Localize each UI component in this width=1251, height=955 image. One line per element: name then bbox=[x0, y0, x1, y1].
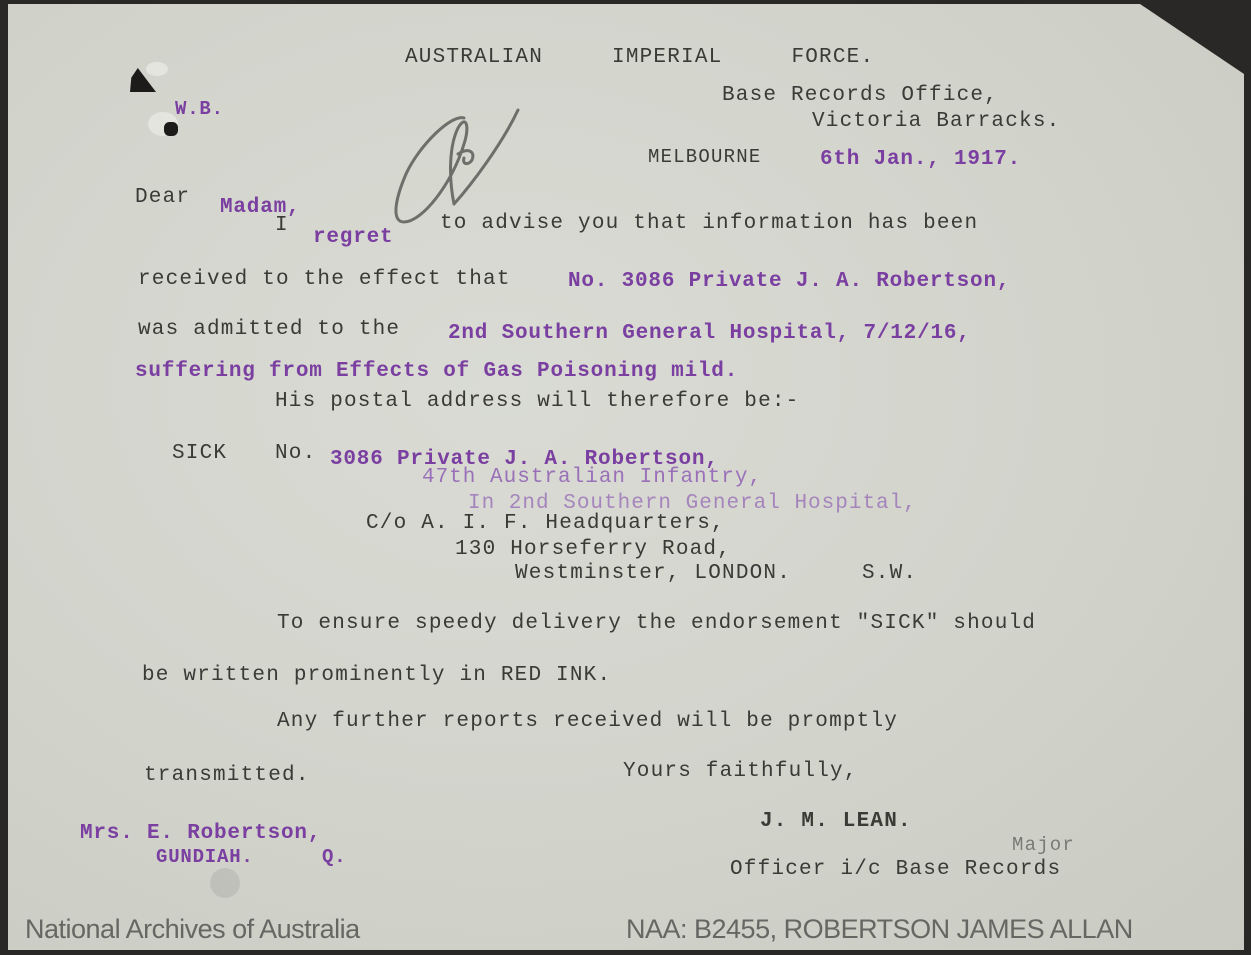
address-no-label: No. bbox=[275, 442, 316, 465]
closing-signatory: J. M. LEAN. bbox=[760, 810, 912, 833]
address-street: 130 Horseferry Road, bbox=[455, 538, 731, 561]
body-line4-insert: suffering from Effects of Gas Poisoning … bbox=[135, 360, 738, 383]
body-line1-start: I bbox=[275, 214, 289, 237]
letterhead-organisation: AUSTRALIAN IMPERIAL FORCE. bbox=[405, 46, 874, 69]
address-endorsement: SICK bbox=[172, 442, 227, 465]
address-district: S.W. bbox=[862, 562, 917, 585]
address-city: Westminster, LONDON. bbox=[515, 562, 791, 585]
instruction-line4: transmitted. bbox=[144, 764, 310, 787]
instruction-line2: be written prominently in RED INK. bbox=[142, 664, 611, 687]
salutation-dear: Dear bbox=[135, 186, 190, 209]
closing-valediction: Yours faithfully, bbox=[623, 760, 858, 783]
body-line2-insert: No. 3086 Private J. A. Robertson, bbox=[568, 270, 1010, 293]
recipient-town: GUNDIAH. bbox=[156, 846, 254, 868]
instruction-line1: To ensure speedy delivery the endorsemen… bbox=[277, 612, 1036, 635]
punch-hole bbox=[164, 122, 178, 136]
body-line3-insert: 2nd Southern General Hospital, 7/12/16, bbox=[448, 322, 971, 345]
letter-date: 6th Jan., 1917. bbox=[820, 148, 1021, 171]
instruction-line3: Any further reports received will be pro… bbox=[277, 710, 898, 733]
address-unit: 47th Australian Infantry, bbox=[422, 466, 762, 489]
letterhead-barracks: Victoria Barracks. bbox=[812, 110, 1060, 133]
closing-rank: Major bbox=[1012, 834, 1075, 856]
body-line3-start: was admitted to the bbox=[138, 318, 400, 341]
recipient-name: Mrs. E. Robertson, bbox=[80, 822, 321, 845]
archive-citation: NAA: B2455, ROBERTSON JAMES ALLAN bbox=[626, 914, 1133, 945]
recipient-state: Q. bbox=[322, 846, 346, 868]
reference-code: W.B. bbox=[175, 98, 224, 120]
body-line5: His postal address will therefore be:- bbox=[275, 390, 799, 413]
paper-stain bbox=[210, 868, 240, 898]
letterhead-city: MELBOURNE bbox=[648, 146, 761, 168]
body-line1-insert: regret bbox=[313, 226, 393, 249]
handwritten-initials-icon bbox=[392, 104, 522, 228]
letterhead-office: Base Records Office, bbox=[722, 84, 998, 107]
closing-position: Officer i/c Base Records bbox=[730, 858, 1061, 881]
paper-tear bbox=[146, 62, 168, 76]
body-line1-end: to advise you that information has been bbox=[440, 212, 978, 235]
archive-name: National Archives of Australia bbox=[25, 914, 360, 945]
body-line2-start: received to the effect that bbox=[138, 268, 511, 291]
address-care-of: C/o A. I. F. Headquarters, bbox=[366, 512, 725, 535]
